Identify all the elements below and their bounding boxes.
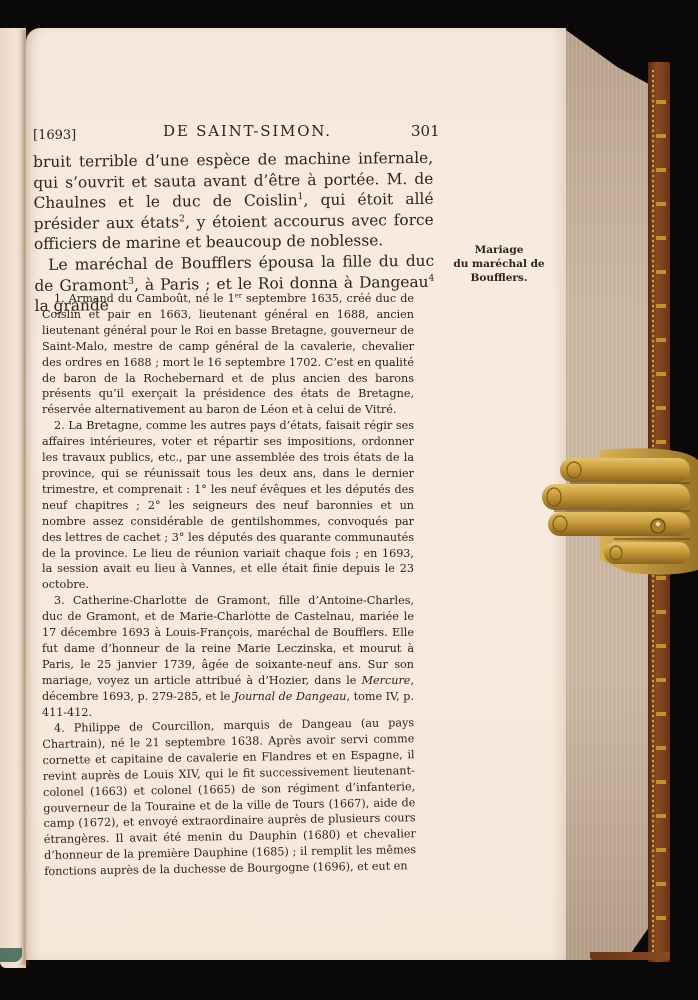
running-head: [1693] DE SAINT-SIMON. 301 xyxy=(33,122,433,146)
margin-note-line-3: Boufflers. xyxy=(445,271,553,285)
margin-note-line-1: Mariage xyxy=(445,243,553,257)
footnote-ref-4: 4 xyxy=(428,272,434,283)
left-cover-corner xyxy=(0,948,22,962)
footnote-3-text-a: Catherine-Charlotte de Gramont, fille d’… xyxy=(42,594,414,687)
running-head-title: DE SAINT-SIMON. xyxy=(163,122,332,140)
margin-note: Mariage du maréchal de Boufflers. xyxy=(445,243,553,285)
footnote-3-number: 3. xyxy=(54,594,65,607)
brass-hand-icon xyxy=(530,440,698,580)
footnote-1: 1. Armand du Camboût, né le 1er septembr… xyxy=(42,291,414,418)
footnote-1-ordinal: er xyxy=(235,291,242,299)
footnote-4-text: Philippe de Courcillon, marquis de Dange… xyxy=(42,717,416,879)
footnote-1-text-a: Armand du Camboût, né le 1 xyxy=(65,292,235,305)
footnote-2: 2. La Bretagne, comme les autres pays d’… xyxy=(42,418,414,593)
footnote-4: 4. Philippe de Courcillon, marquis de Da… xyxy=(42,716,416,881)
margin-note-line-2: du maréchal de xyxy=(445,257,553,271)
footnote-2-text: La Bretagne, comme les autres pays d’éta… xyxy=(42,419,414,591)
footnote-4-number: 4. xyxy=(54,722,65,735)
paragraph-1: bruit terrible d’une espèce de machine i… xyxy=(33,148,434,255)
cover-bottom-edge xyxy=(590,952,670,960)
footnote-3-journal: Journal de Dangeau xyxy=(234,690,347,703)
page-number: 301 xyxy=(411,122,440,140)
footnotes: 1. Armand du Camboût, né le 1er septembr… xyxy=(42,291,414,881)
footnote-2-number: 2. xyxy=(54,419,65,432)
running-head-year: [1693] xyxy=(33,128,76,143)
footnote-3: 3. Catherine-Charlotte de Gramont, fille… xyxy=(42,593,414,720)
footnote-1-number: 1. xyxy=(54,292,65,305)
footnote-3-mercure: Mercure xyxy=(362,674,411,687)
footnote-1-text-b: septembre 1635, créé duc de Coislin et p… xyxy=(42,292,414,416)
